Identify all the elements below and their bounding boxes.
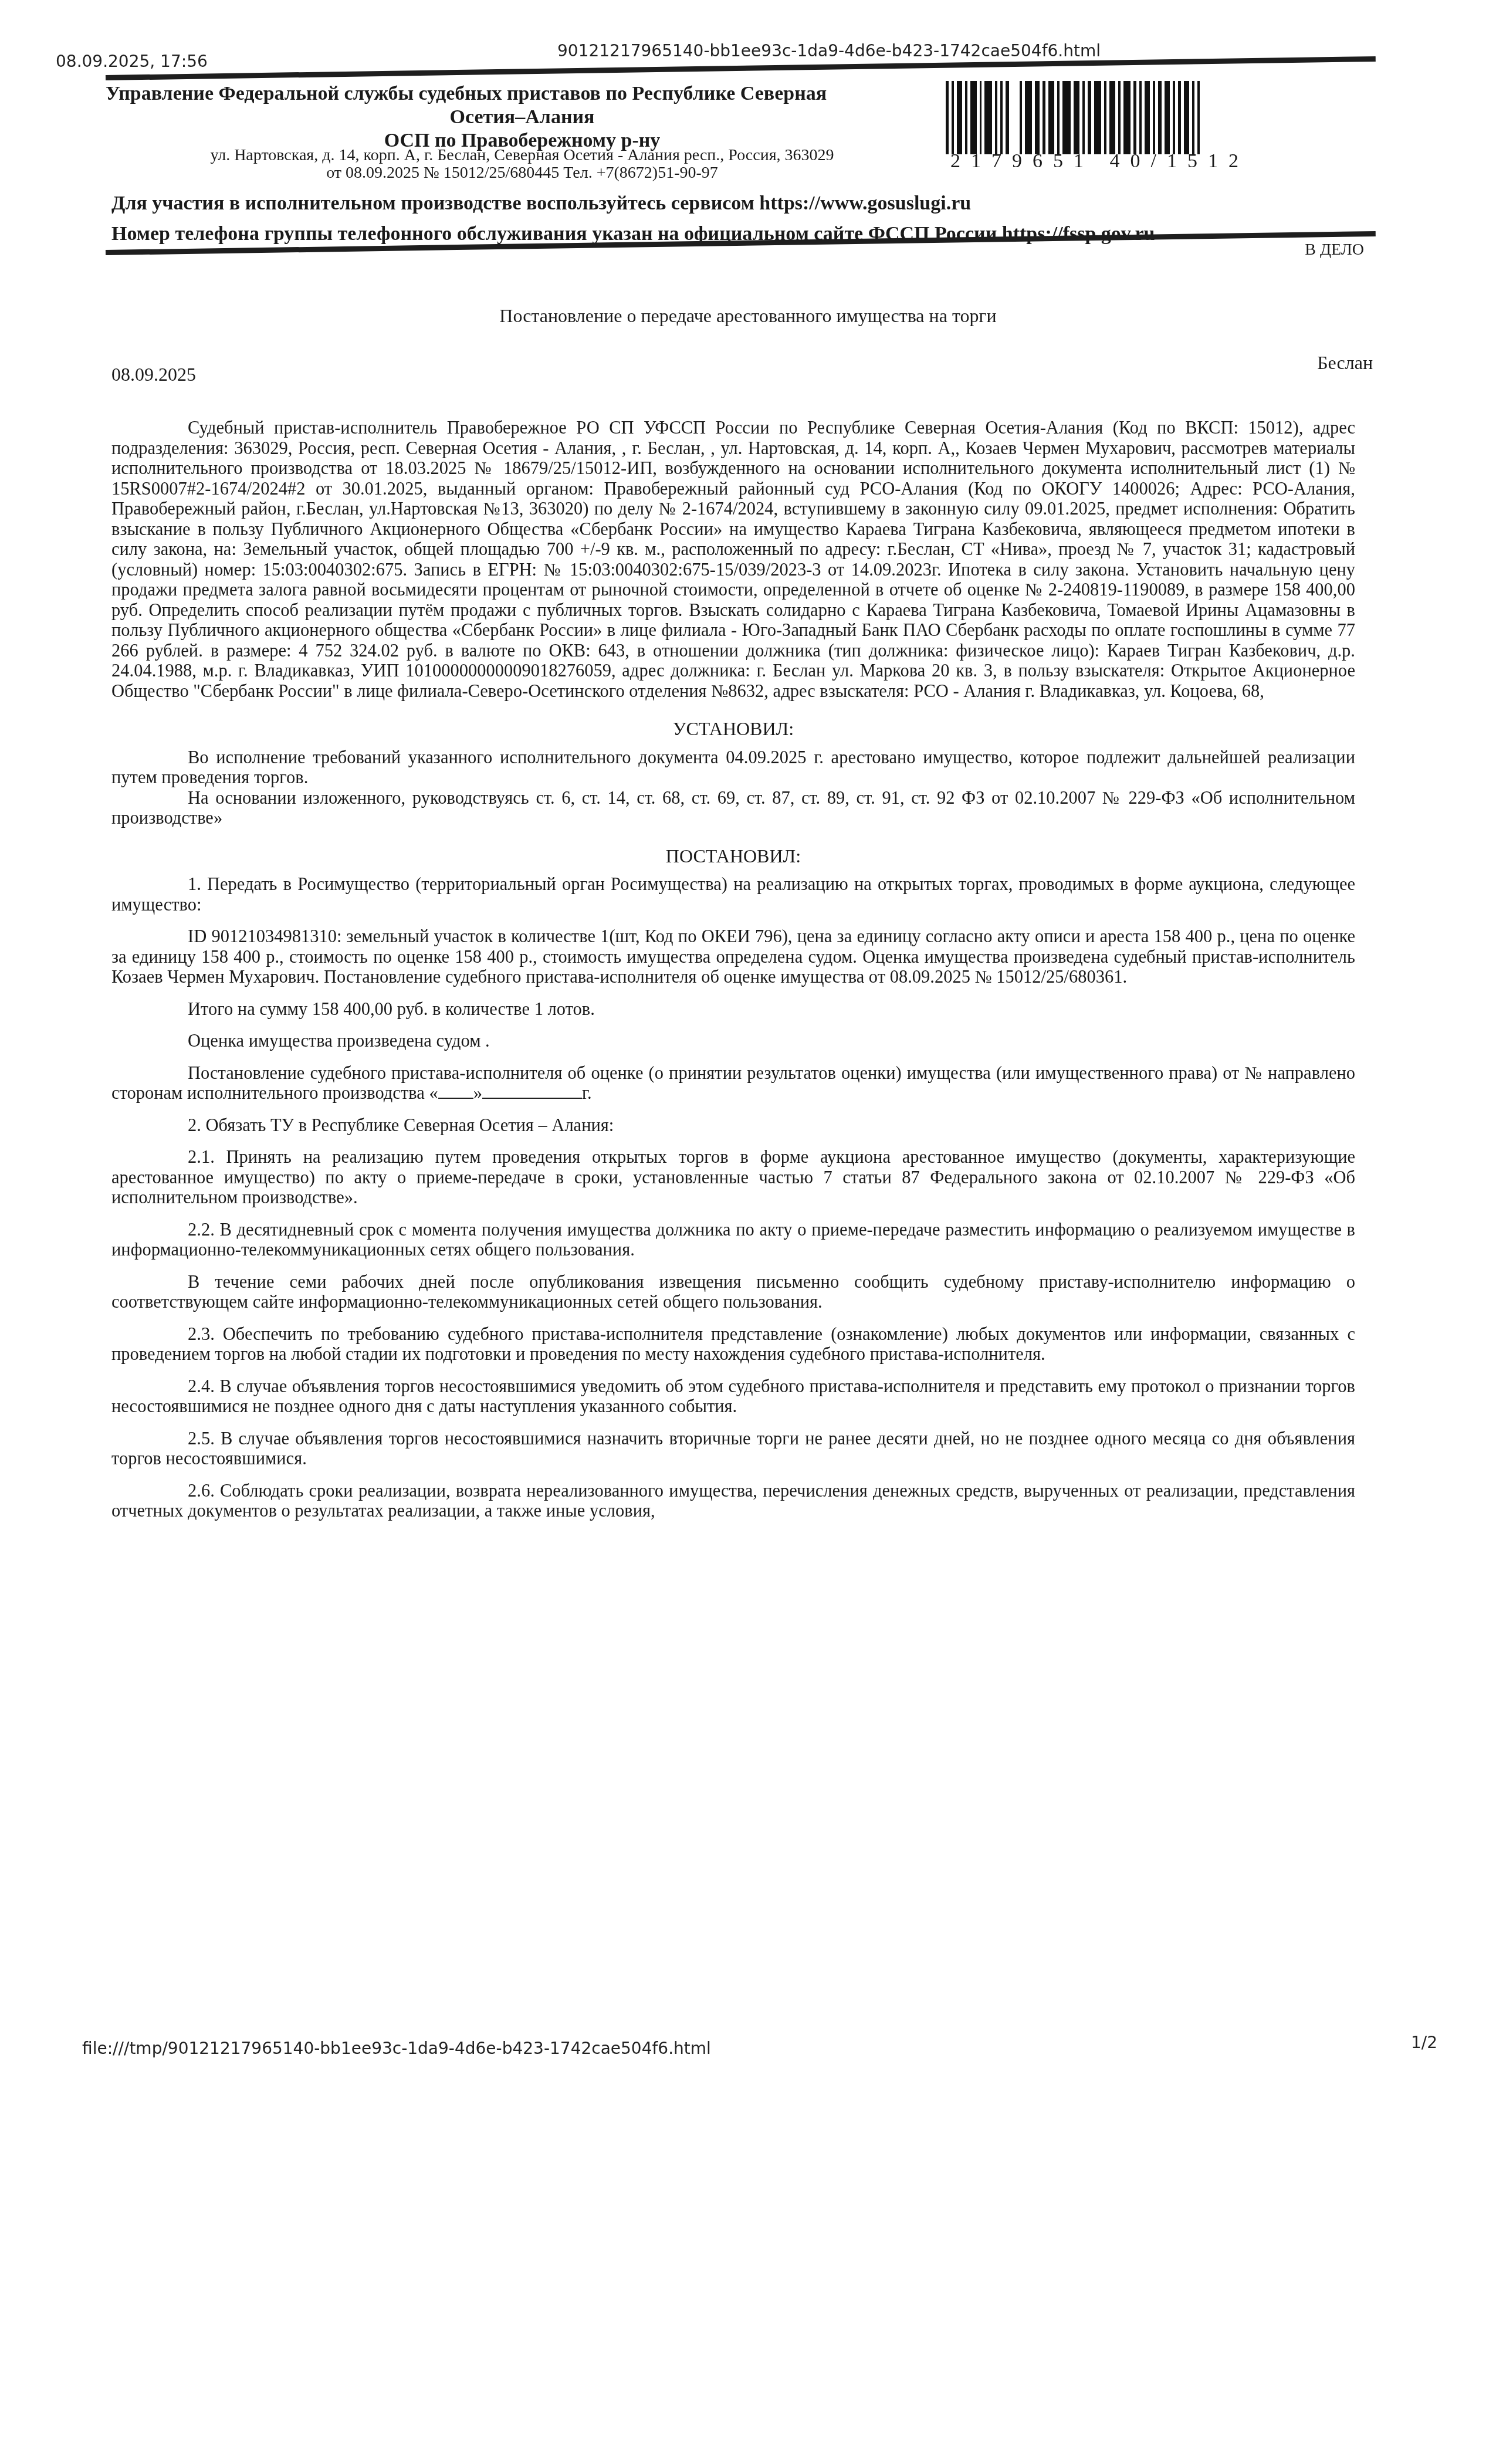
- established-paragraph-2: На основании изложенного, руководствуясь…: [111, 788, 1355, 828]
- print-filename: 90121217965140-bb1ee93c-1da9-4d6e-b423-1…: [557, 41, 1101, 60]
- item-2-1: 2.1. Принять на реализацию путем проведе…: [111, 1147, 1355, 1208]
- barcode-number: 2179651 40/1512: [950, 150, 1264, 172]
- established-paragraph-1: Во исполнение требований указанного испо…: [111, 747, 1355, 788]
- document-date: 08.09.2025: [111, 364, 196, 385]
- address-line: ул. Нартовская, д. 14, корп. А, г. Бесла…: [106, 147, 939, 164]
- document-body: Судебный пристав-исполнитель Правобережн…: [111, 418, 1355, 1533]
- valuation-note: Оценка имущества произведена судом .: [111, 1031, 1355, 1051]
- item-2-2: 2.2. В десятидневный срок с момента полу…: [111, 1220, 1355, 1260]
- organization-name: Управление Федеральной службы судебных п…: [106, 82, 939, 153]
- organization-address: ул. Нартовская, д. 14, корп. А, г. Бесла…: [106, 147, 939, 182]
- item-1: 1. Передать в Росимущество (территориаль…: [111, 874, 1355, 915]
- print-datetime: 08.09.2025, 17:56: [56, 52, 208, 71]
- item-2-6: 2.6. Соблюдать сроки реализации, возврат…: [111, 1481, 1355, 1521]
- item-2-4: 2.4. В случае объявления торгов несостоя…: [111, 1376, 1355, 1417]
- file-stamp: В ДЕЛО: [1305, 241, 1364, 259]
- heading-established: УСТАНОВИЛ:: [111, 719, 1355, 739]
- item-2: 2. Обязать ТУ в Республике Северная Осет…: [111, 1115, 1355, 1136]
- org-line-2: Осетия–Алания: [106, 106, 939, 129]
- item-2-2b: В течение семи рабочих дней после опубли…: [111, 1272, 1355, 1312]
- valuation-decree-text: Постановление судебного пристава-исполни…: [111, 1063, 1355, 1104]
- intro-paragraph: Судебный пристав-исполнитель Правобережн…: [111, 418, 1355, 701]
- org-line-1: Управление Федеральной службы судебных п…: [106, 82, 939, 106]
- print-url: file:///tmp/90121217965140-bb1ee93c-1da9…: [82, 2039, 711, 2058]
- month-blank: [482, 1084, 582, 1099]
- property-description: ID 90121034981310: земельный участок в к…: [111, 926, 1355, 987]
- heading-decreed: ПОСТАНОВИЛ:: [111, 846, 1355, 867]
- barcode-icon: [946, 81, 1265, 154]
- valuation-decree: Постановление судебного пристава-исполни…: [111, 1063, 1355, 1104]
- gosuslugi-notice: Для участия в исполнительном производств…: [111, 192, 971, 215]
- valuation-decree-mid: »: [473, 1083, 482, 1103]
- day-blank: [438, 1084, 473, 1099]
- page-number: 1/2: [1411, 2033, 1437, 2052]
- reference-line: от 08.09.2025 № 15012/25/680445 Тел. +7(…: [106, 164, 939, 182]
- document-city: Беслан: [1317, 352, 1373, 374]
- valuation-decree-end: г.: [582, 1083, 592, 1103]
- item-2-3: 2.3. Обеспечить по требованию судебного …: [111, 1324, 1355, 1365]
- document-title: Постановление о передаче арестованного и…: [0, 305, 1496, 327]
- total-line: Итого на сумму 158 400,00 руб. в количес…: [111, 999, 1355, 1020]
- item-2-5: 2.5. В случае объявления торгов несостоя…: [111, 1429, 1355, 1469]
